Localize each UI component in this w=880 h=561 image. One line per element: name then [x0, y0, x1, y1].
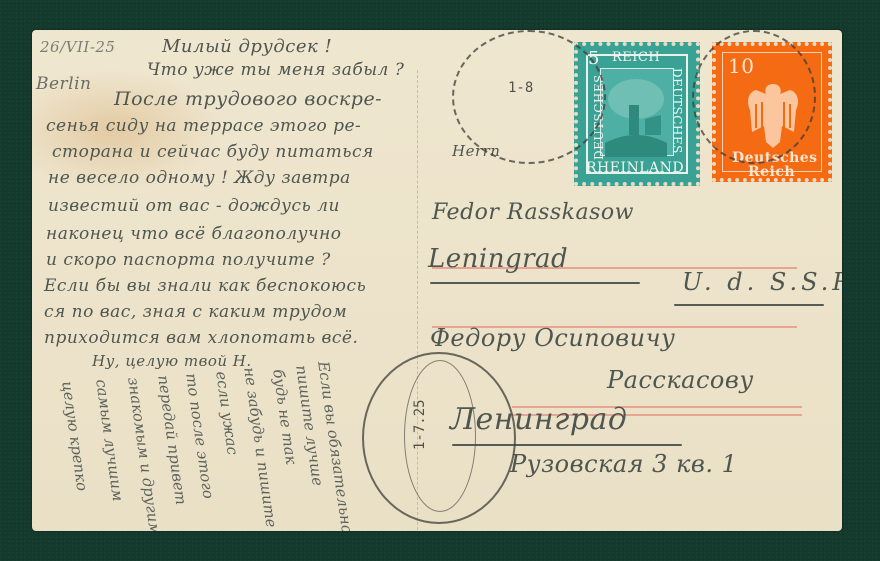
- stamp-bottom-text: RHEINLAND: [586, 160, 684, 176]
- vertical-text: целую крепко: [58, 380, 91, 492]
- address-city-latin: Leningrad: [428, 244, 568, 274]
- message-place: Berlin: [36, 74, 92, 94]
- message-signoff: Ну, целую твой Н.: [92, 352, 252, 370]
- vertical-text: самым лучшим: [92, 378, 127, 502]
- message-line: Если бы вы знали как беспокоюсь: [44, 276, 366, 296]
- address-country: U. d. S.S.R: [682, 268, 842, 296]
- vertical-text: если ужас: [212, 370, 242, 456]
- message-line: не весело одному ! Жду завтра: [48, 168, 351, 188]
- message-line: После трудового воскре-: [114, 88, 382, 110]
- underline: [430, 282, 640, 284]
- postmark-date: 1-8: [508, 80, 533, 96]
- underline: [674, 304, 824, 306]
- address-name-cyrillic: Федору Осиповичу: [430, 324, 675, 352]
- message-greeting: Милый друдсек !: [162, 36, 332, 57]
- postcard: 26/VII-25 Милый друдсек ! Berlin Что уже…: [32, 30, 842, 531]
- stamp-side-text: DEUTSCHES: [670, 68, 684, 154]
- message-line: приходится вам хлопотать всё.: [44, 328, 358, 348]
- message-line: сторана и сейчас буду питаться: [52, 142, 374, 162]
- postmark-top-right: [692, 30, 816, 164]
- address-street: Рузовская 3 кв. 1: [510, 450, 737, 478]
- stamp-vignette: [600, 68, 674, 156]
- message-line: сенья сиду на террасе этого ре-: [46, 116, 361, 136]
- postmark-top: [452, 30, 606, 164]
- message-date: 26/VII-25: [40, 38, 115, 56]
- castle-vignette-icon: [601, 69, 671, 157]
- message-line: Что уже ты меня забыл ?: [147, 60, 404, 80]
- address-name-latin: Fedor Rasskasow: [432, 200, 634, 225]
- message-line: известий от вас - дождусь ли: [48, 196, 340, 216]
- address-surname-cyrillic: Расскасову: [607, 366, 754, 394]
- message-line: ся по вас, зная с каким трудом: [44, 302, 347, 322]
- postmark-date: 1-7.25: [412, 399, 428, 450]
- message-line: и скоро паспорта получите ?: [46, 250, 331, 270]
- stamp-top-text: REICH: [612, 50, 660, 65]
- stamp-bottom-text: Reich: [748, 164, 795, 180]
- message-line: наконец что всё благополучно: [46, 224, 342, 244]
- vertical-text: то после этого: [182, 372, 217, 500]
